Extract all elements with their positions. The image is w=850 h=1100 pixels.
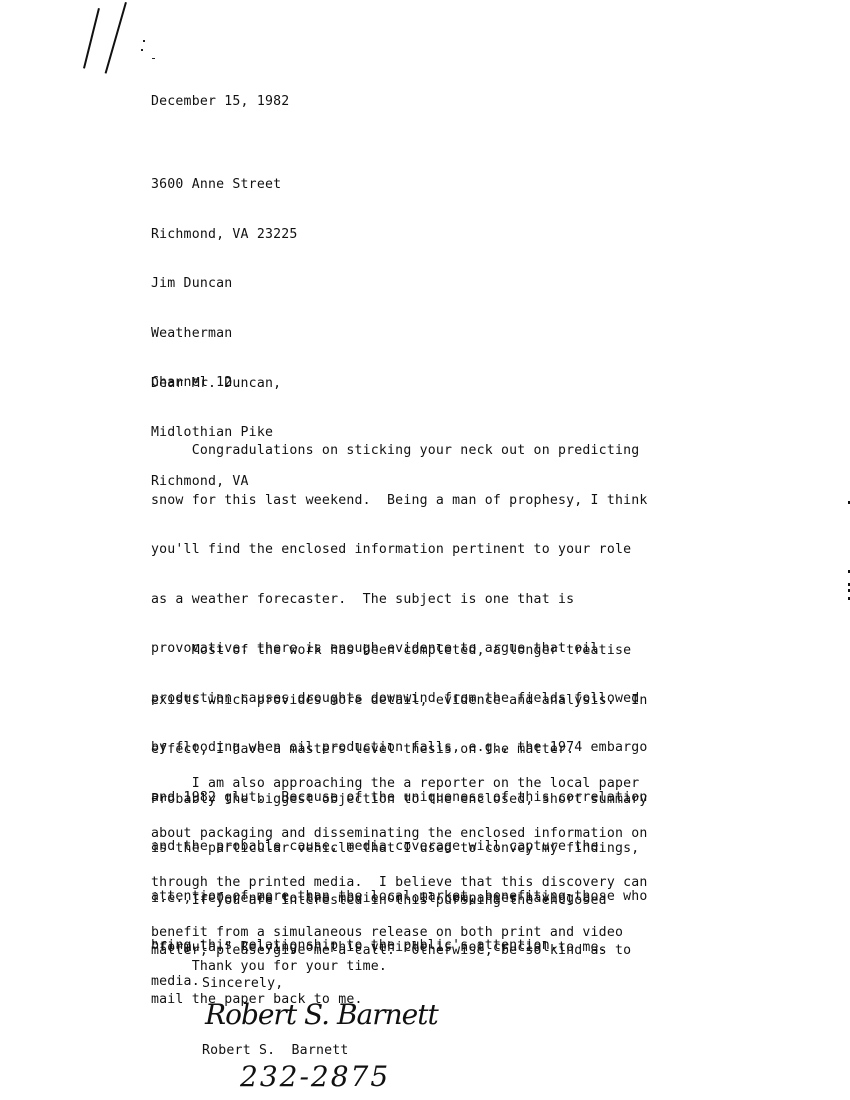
sender-address-line: Richmond, VA 23225 xyxy=(151,227,298,244)
letter-date: December 15, 1982 xyxy=(151,94,289,111)
body-line: Most of the work has been completed, a l… xyxy=(151,643,648,660)
body-line: about packaging and disseminating the en… xyxy=(151,826,648,843)
body-line: snow for this last weekend. Being a man … xyxy=(151,493,648,510)
body-line: I am also approaching the a reporter on … xyxy=(151,776,648,793)
handwritten-mark xyxy=(105,2,127,74)
handwritten-phone: 232-2875 xyxy=(240,1060,390,1093)
scan-speck xyxy=(152,58,155,59)
body-line: exists which provides more detail, evide… xyxy=(151,693,648,710)
typed-name: Robert S. Barnett xyxy=(202,1043,349,1060)
sender-address-line: 3600 Anne Street xyxy=(151,177,298,194)
body-line: you'll find the enclosed information per… xyxy=(151,542,648,559)
recipient-address-line: Weatherman xyxy=(151,326,273,343)
handwritten-signature: Robert S. Barnett xyxy=(205,998,438,1031)
body-line: Thank you for your time. xyxy=(151,959,387,976)
body-line: as a weather forecaster. The subject is … xyxy=(151,592,648,609)
closing: Sincerely, xyxy=(202,976,283,993)
salutation: Dear Mr. Duncan, xyxy=(151,376,281,393)
recipient-address-line: Jim Duncan xyxy=(151,276,273,293)
handwritten-mark xyxy=(83,8,100,69)
body-line: If you are interested in this pursuing t… xyxy=(151,893,631,910)
scan-speck xyxy=(143,40,145,42)
letter-page: December 15, 1982 3600 Anne Street Richm… xyxy=(0,0,850,1100)
body-paragraph: Thank you for your time. xyxy=(151,926,387,1009)
body-line: Congradulations on sticking your neck ou… xyxy=(151,443,648,460)
scan-speck xyxy=(141,49,143,51)
